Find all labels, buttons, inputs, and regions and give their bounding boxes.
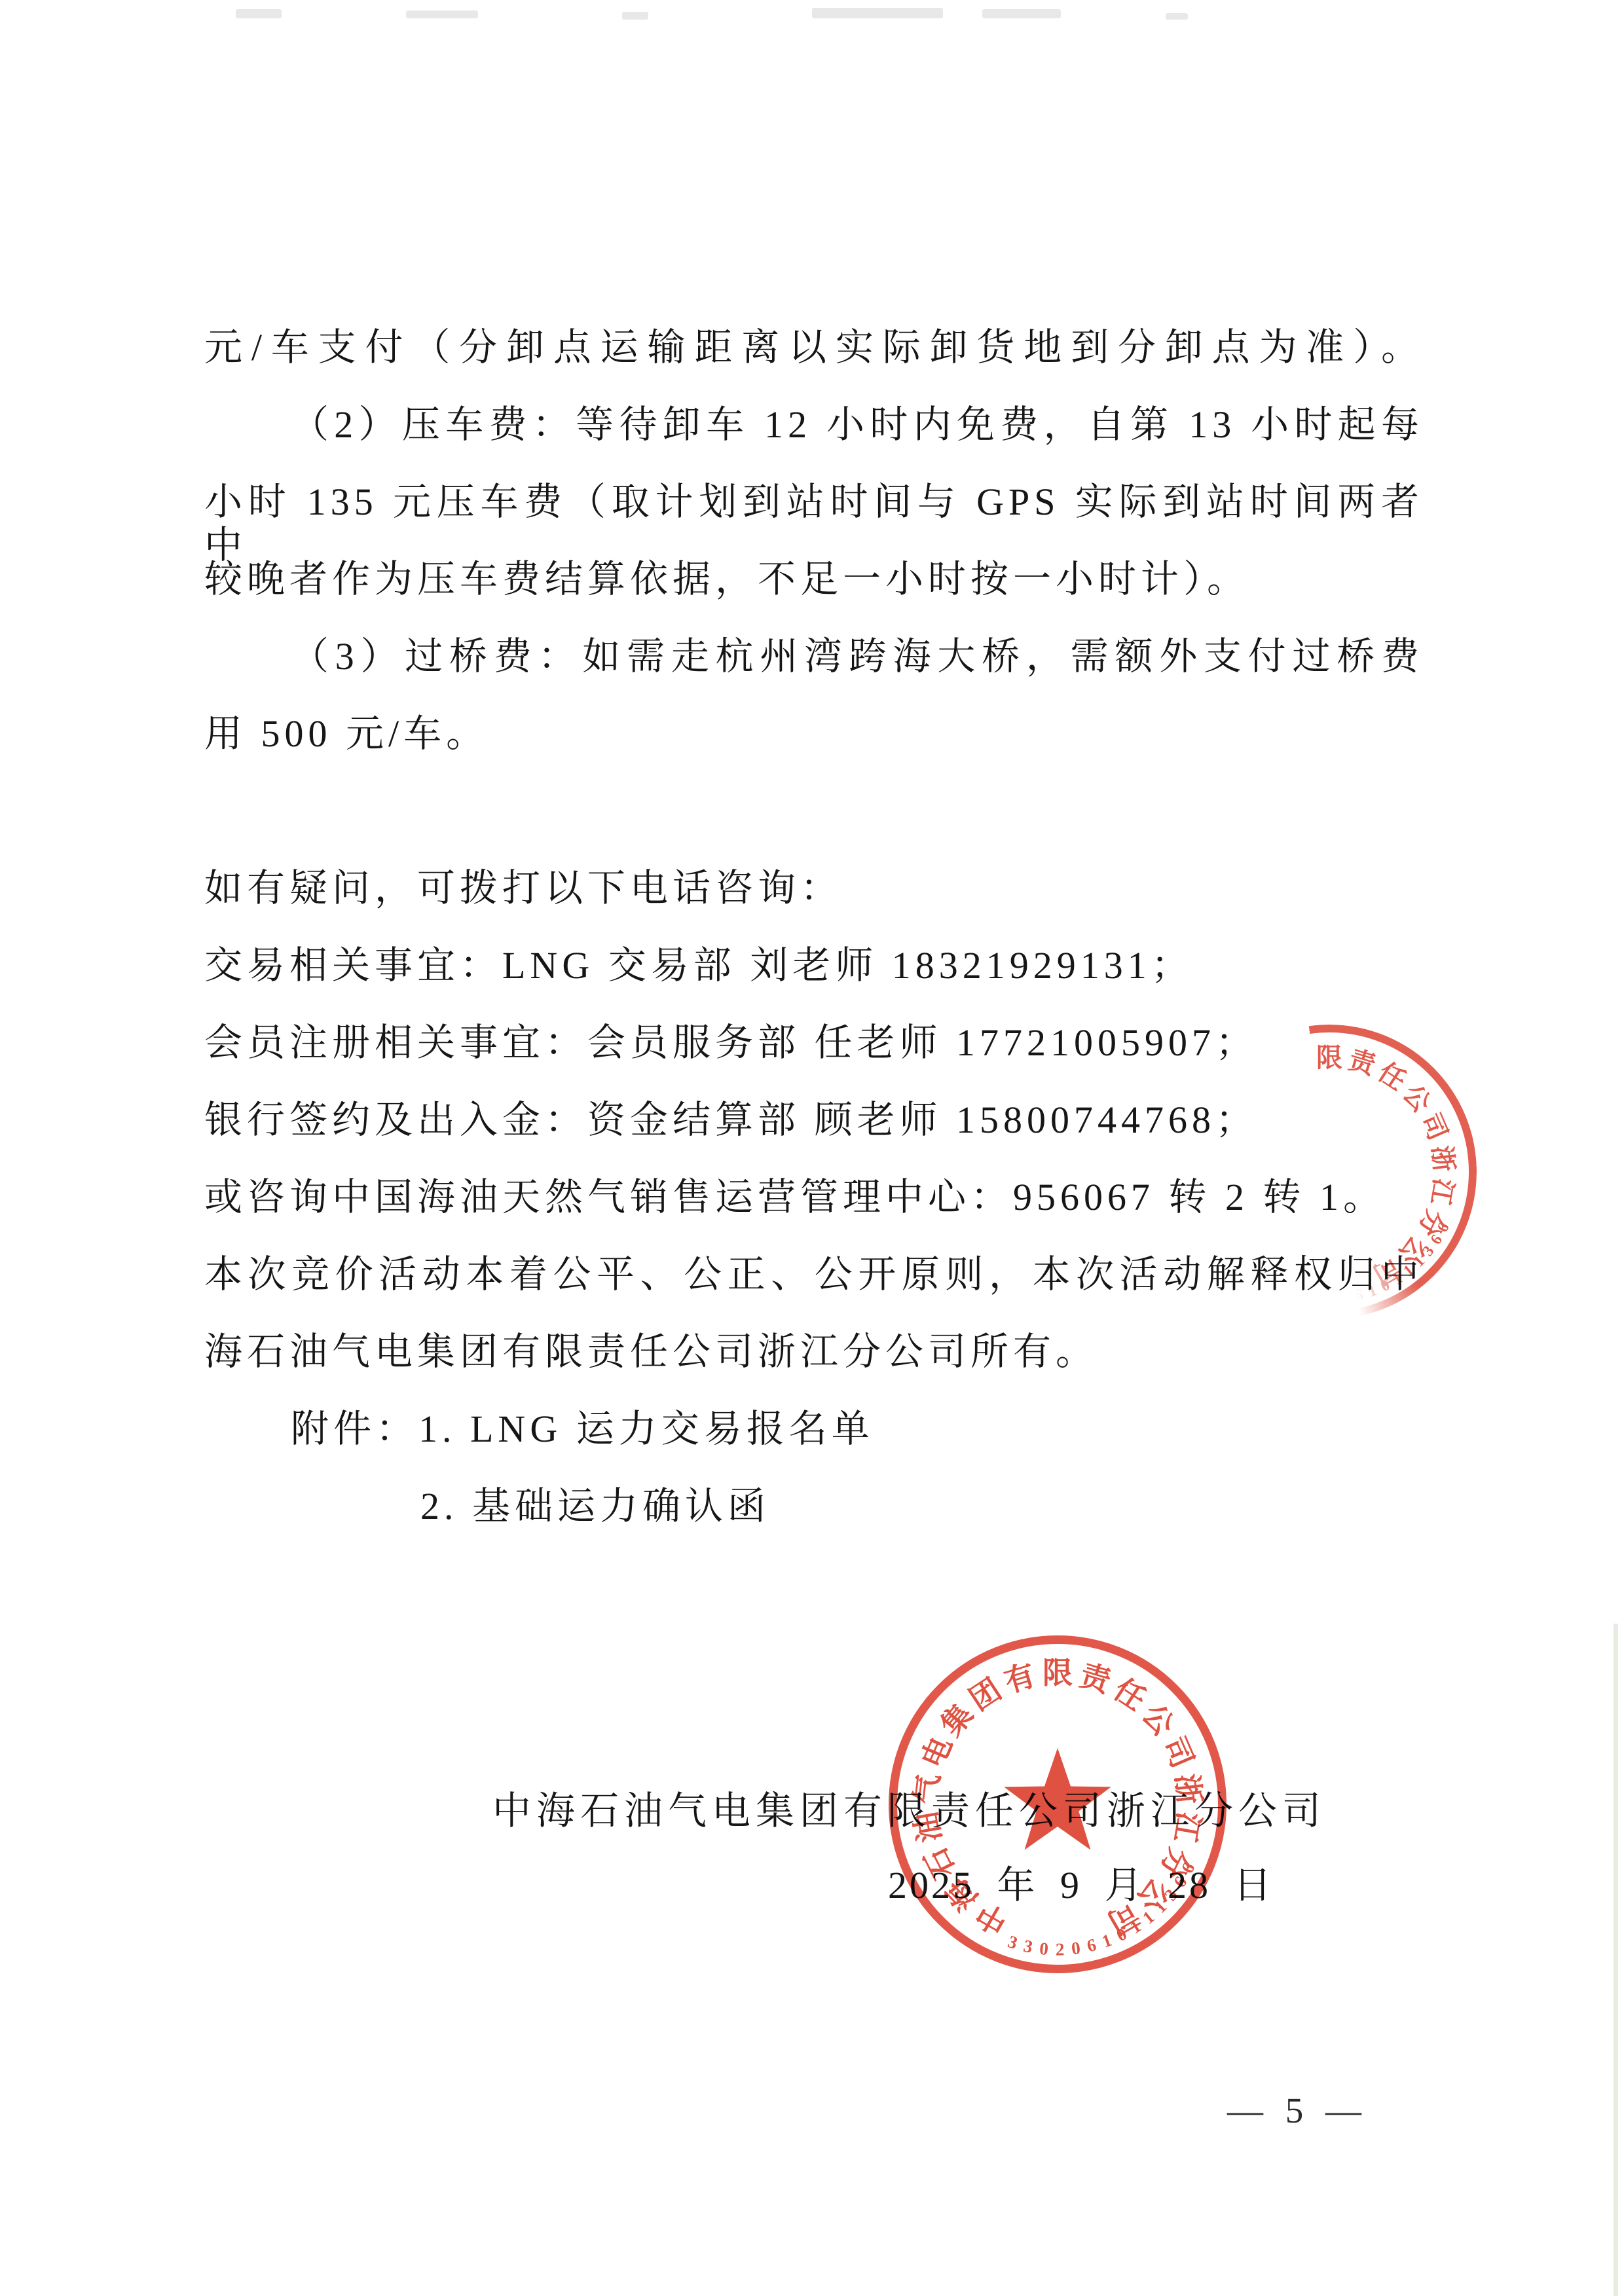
document-body: 元/车支付（分卸点运输距离以实际卸货地到分卸点为准）。 （2）压车费：等待卸车 … [204,326,1424,1562]
seal-serial-digit: 3 [1006,1933,1020,1952]
seal-serial-digit: 1 [1127,1917,1144,1937]
scan-artifact [622,12,648,20]
body-line: （3）过桥费：如需走杭州湾跨海大桥，需额外支付过桥费 [204,635,1424,712]
page-number: — 5 — [1227,2090,1364,2131]
seal-ring-char: 任 [1109,1674,1151,1716]
body-line: 用 500 元/车。 [204,712,1424,790]
seal-serial-digit: 2 [1056,1941,1065,1958]
scan-artifact [406,10,478,18]
scan-artifact [982,9,1061,18]
scanned-document-page: 元/车支付（分卸点运输距离以实际卸货地到分卸点为准）。 （2）压车费：等待卸车 … [0,0,1624,2296]
attachment-line: 2. 基础运力确认函 [204,1485,1424,1562]
seal-serial-digit: 1 [1139,1908,1157,1927]
scan-edge-artifact [1614,1624,1618,2296]
seal-serial-digit: 1 [1099,1931,1114,1951]
body-line: 海石油气电集团有限责任公司浙江分公司所有。 [204,1330,1424,1408]
scan-artifact [1166,13,1188,20]
seal-ring-char: 集 [936,1699,978,1741]
body-line: 较晚者作为压车费结算依据，不足一小时按一小时计）。 [204,558,1424,635]
seal-serial-digit: 6 [1085,1936,1098,1955]
seal-serial-digit: 3 [1022,1937,1035,1956]
seal-serial-digit: 6 [1435,1220,1452,1234]
body-line: 如有疑问，可拨打以下电话咨询： [204,867,1424,944]
signature-date: 2025 年 9 月 28 日 [888,1854,1274,1909]
seal-ring-char: 浙 [1428,1144,1457,1173]
seal-ring-char: 电 [917,1733,957,1772]
seal-ring-char: 限 [1043,1658,1073,1688]
seal-serial-digit: 0 [1114,1925,1130,1944]
seal-serial-digit: 0 [1039,1940,1049,1958]
seal-ring-char: 团 [965,1674,1006,1716]
body-line: 元/车支付（分卸点运输距离以实际卸货地到分卸点为准）。 [204,326,1424,403]
seal-ring-char: 有 [1001,1660,1039,1698]
signature-company: 中海石油气电集团有限责任公司浙江分公司 [492,1779,1326,1835]
seal-ring-char: 司 [1158,1733,1197,1772]
seal-serial-digit: 0 [1071,1939,1082,1958]
body-line: （2）压车费：等待卸车 12 小时内免费，自第 13 小时起每 [204,403,1424,481]
body-line: 交易相关事宜：LNG 交易部 刘老师 18321929131； [204,944,1424,1021]
seal-serial-digit: 6 [1428,1232,1446,1247]
scan-artifact [812,8,943,18]
body-line: 小时 135 元压车费（取计划到站时间与 GPS 实际到站时间两者中 [204,481,1424,558]
body-line: 本次竞价活动本着公平、公正、公开原则，本次活动解释权归中 [204,1253,1424,1330]
scan-artifact [236,9,282,18]
seal-ring-char: 责 [1077,1660,1114,1698]
body-line: 银行签约及出入金：资金结算部 顾老师 15800744768； [204,1099,1424,1176]
attachment-line: 附件：1. LNG 运力交易报名单 [204,1408,1424,1485]
seal-ring-char: 公 [1137,1699,1179,1741]
body-line: 会员注册相关事宜：会员服务部 任老师 17721005907； [204,1021,1424,1099]
seal-ring-char: 江 [1426,1176,1456,1207]
body-line: 或咨询中国海油天然气销售运营管理中心：956067 转 2 转 1。 [204,1176,1424,1253]
